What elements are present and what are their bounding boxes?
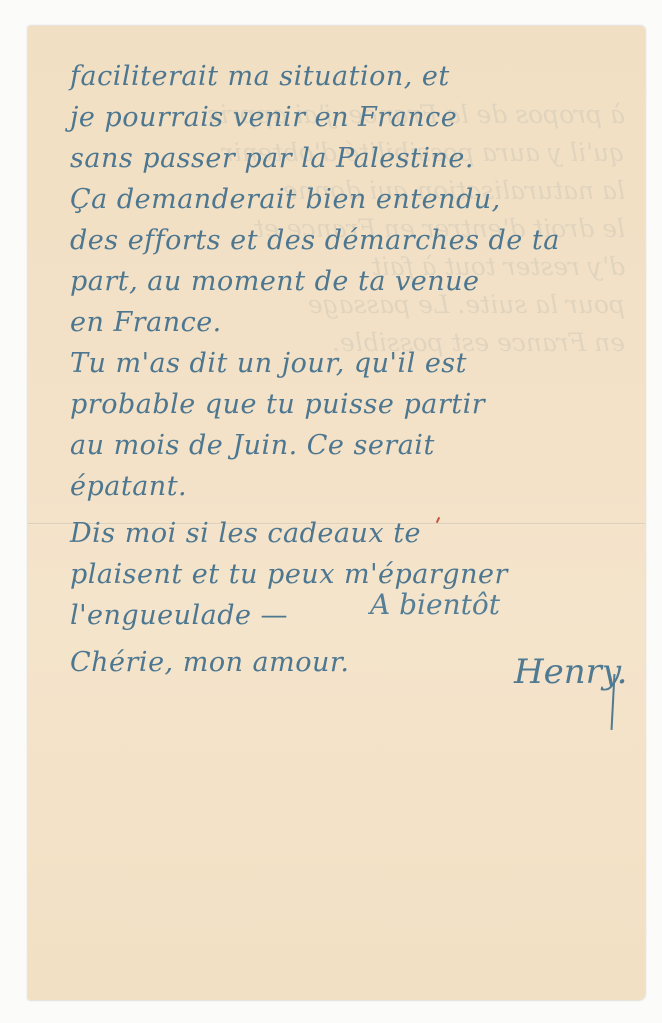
letter-line: l'engueulade —: [70, 595, 650, 636]
signature: Henry.: [514, 652, 627, 692]
letter-line: part, au moment de ta venue: [70, 261, 650, 302]
letter-closing: A bientôt: [370, 588, 500, 621]
letter-line: probable que tu puisse partir: [70, 384, 650, 425]
letter-line: en France.: [70, 302, 650, 343]
letter-line: Tu m'as dit un jour, qu'il est: [70, 343, 650, 384]
letter-line: sans passer par la Palestine.: [70, 138, 650, 179]
letter-line: faciliterait ma situation, et: [70, 56, 650, 97]
letter-line: au mois de Juin. Ce serait: [70, 425, 650, 466]
letter-line: je pourrais venir en France: [70, 97, 650, 138]
letter-body: faciliterait ma situation, et je pourrai…: [70, 56, 650, 683]
letter-line: plaisent et tu peux m'épargner: [70, 554, 650, 595]
letter-line: Ça demanderait bien entendu,: [70, 179, 650, 220]
letter-line: des efforts et des démarches de ta: [70, 220, 650, 261]
letter-line: Dis moi si les cadeaux te: [70, 513, 650, 554]
letter-line: épatant.: [70, 466, 650, 507]
letter-sheet: à propos de la France, j'ai appris qu'il…: [28, 26, 645, 1000]
